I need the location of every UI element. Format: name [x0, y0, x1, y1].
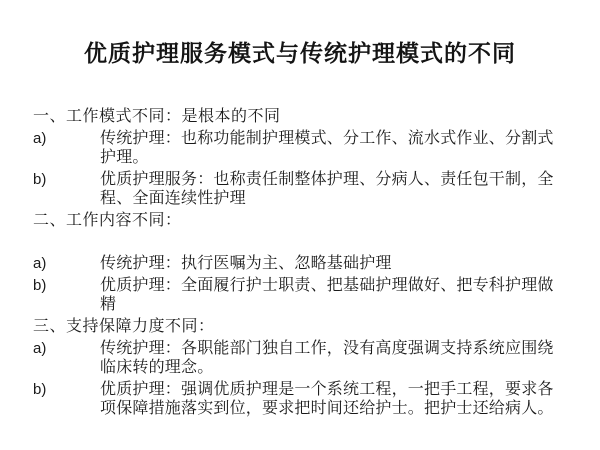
- item-text: 传统护理：也称功能制护理模式、分工作、流水式作业、分割式 护理。: [100, 129, 572, 167]
- slide-body: 一、工作模式不同：是根本的不同 a) 传统护理：也称功能制护理模式、分工作、流水…: [0, 107, 600, 418]
- item-marker: a): [33, 254, 100, 273]
- item-text: 优质护理：强调优质护理是一个系统工程，一把手工程，要求各 项保障措施落实到位，要…: [100, 380, 572, 418]
- item-text: 优质护理服务：也称责任制整体护理、分病人、责任包干制，全 程、全面连续性护理: [100, 170, 572, 208]
- list-item: b) 优质护理：强调优质护理是一个系统工程，一把手工程，要求各 项保障措施落实到…: [33, 380, 572, 418]
- item-marker: a): [33, 339, 100, 377]
- item-text: 优质护理：全面履行护士职责、把基础护理做好、把专科护理做 精: [100, 276, 572, 314]
- item-marker: b): [33, 170, 100, 208]
- item-marker: b): [33, 276, 100, 314]
- section-3-header: 三、支持保障力度不同：: [33, 317, 572, 336]
- item-text: 传统护理：各职能部门独自工作，没有高度强调支持系统应围绕 临床转的理念。: [100, 339, 572, 377]
- item-marker: a): [33, 129, 100, 167]
- presentation-slide: 优质护理服务模式与传统护理模式的不同 一、工作模式不同：是根本的不同 a) 传统…: [0, 0, 600, 450]
- item-text: 传统护理：执行医嘱为主、忽略基础护理: [100, 254, 572, 273]
- list-item: a) 传统护理：各职能部门独自工作，没有高度强调支持系统应围绕 临床转的理念。: [33, 339, 572, 377]
- section-1-header: 一、工作模式不同：是根本的不同: [33, 107, 572, 126]
- list-item: a) 传统护理：执行医嘱为主、忽略基础护理: [33, 254, 572, 273]
- section-2-header: 二、工作内容不同：: [33, 211, 572, 230]
- slide-title: 优质护理服务模式与传统护理模式的不同: [0, 40, 600, 67]
- list-item: b) 优质护理：全面履行护士职责、把基础护理做好、把专科护理做 精: [33, 276, 572, 314]
- list-item: a) 传统护理：也称功能制护理模式、分工作、流水式作业、分割式 护理。: [33, 129, 572, 167]
- item-marker: b): [33, 380, 100, 418]
- list-item: b) 优质护理服务：也称责任制整体护理、分病人、责任包干制，全 程、全面连续性护…: [33, 170, 572, 208]
